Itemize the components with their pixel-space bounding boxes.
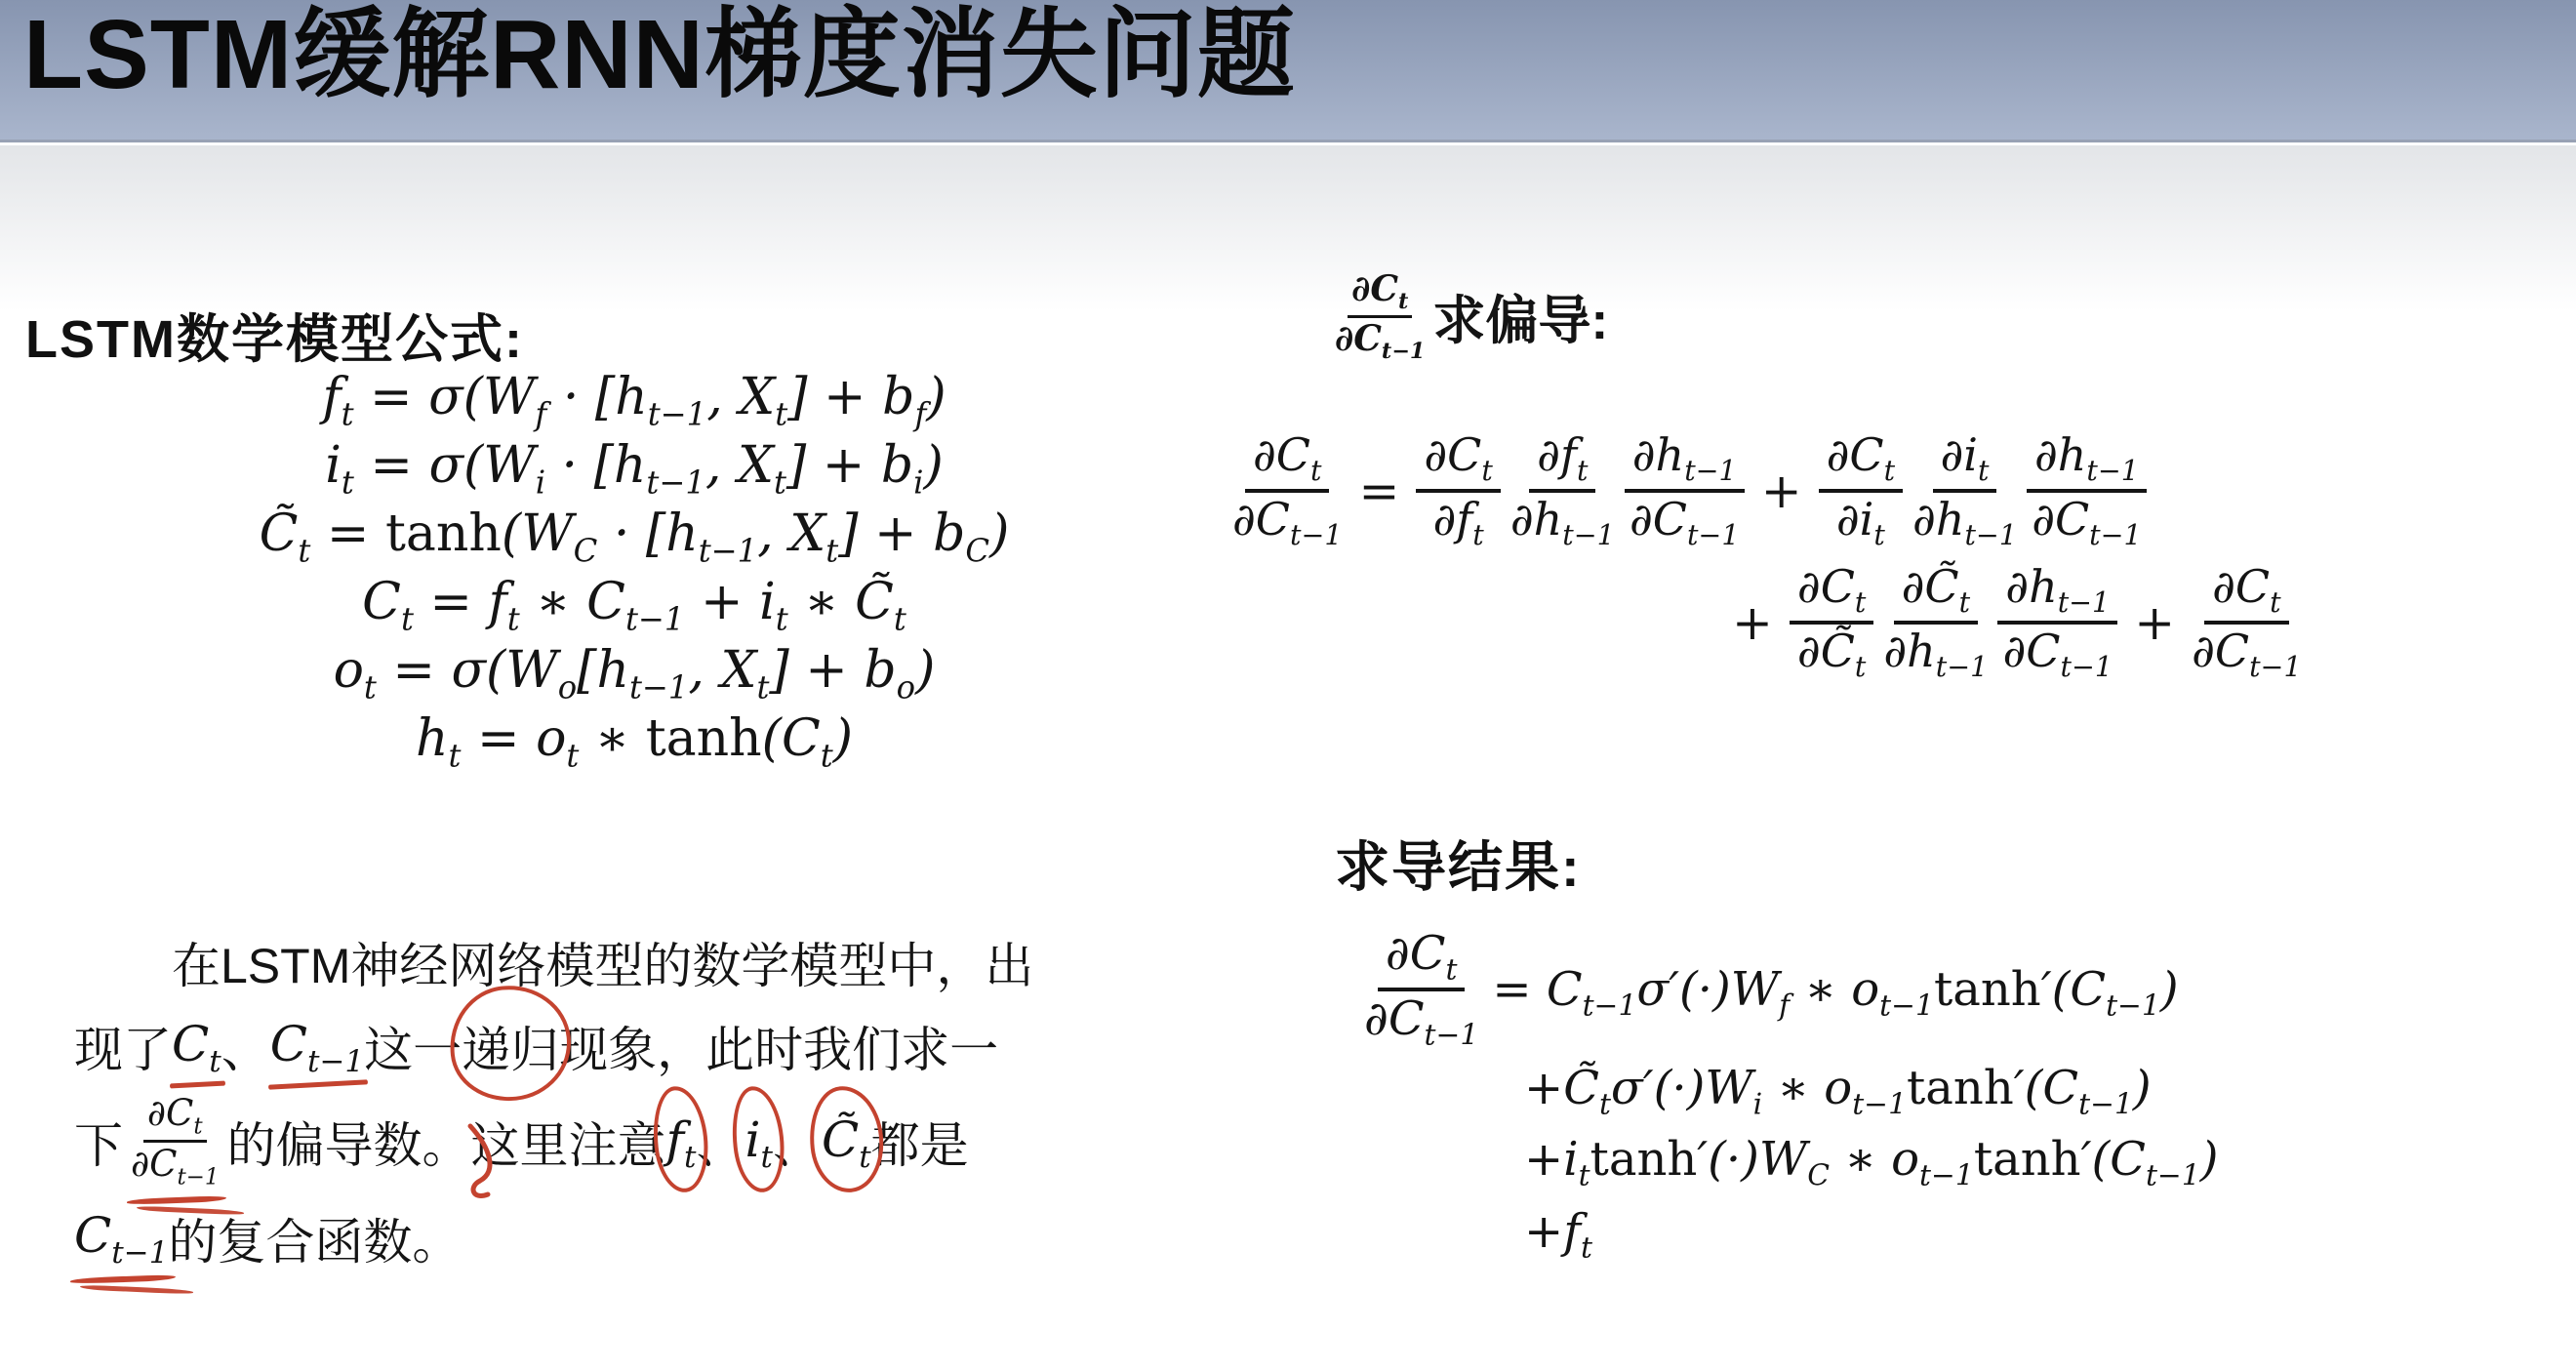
equation-line: ft = σ(Wf · [ht−1, Xt] + bf) (107, 363, 1161, 431)
math-run: = Ct−1σ′(·)Wf ∗ ot−1tanh′(Ct−1) (1492, 956, 2178, 1025)
equation-line: 下∂Ct∂Ct−1的偏导数。这里注意ft、it、C̃t都是 (74, 1095, 1196, 1190)
math-run: +ittanh′(·)WC ∗ ot−1tanh′(Ct−1) (1524, 1126, 2219, 1194)
text-run: 、 (221, 1011, 270, 1081)
fraction: ∂Ct∂Ct−1 (2192, 563, 2301, 681)
math-run: + (1732, 594, 1773, 651)
math-run: ht = ot ∗ tanh(Ct) (416, 709, 853, 768)
math-run: + (2134, 594, 2175, 651)
title-bar: LSTM缓解RNN梯度消失问题 (0, 0, 2576, 142)
fraction: ∂Ct∂Ct−1 (1335, 271, 1425, 362)
fraction: ∂Ct∂ft (1416, 431, 1500, 549)
partial-derivative-heading: ∂Ct∂Ct−1求偏导: (1335, 271, 1608, 362)
result-equation: ∂Ct∂Ct−1= Ct−1σ′(·)Wf ∗ ot−1tanh′(Ct−1)+… (1358, 929, 2219, 1267)
fraction: ∂ft∂ht−1 (1510, 431, 1615, 549)
math-run: it (745, 1111, 772, 1173)
text-run: 、 (773, 1107, 822, 1177)
math-run: ot = σ(Wo[ht−1, Xt] + bo) (334, 641, 936, 700)
text-run: 、 (696, 1107, 745, 1177)
text-run: 这一 (364, 1011, 462, 1081)
equation-line: ∂Ct∂Ct−1=∂Ct∂ft∂ft∂ht−1∂ht−1∂Ct−1+∂Ct∂it… (1228, 431, 2307, 549)
fraction: ∂Ct∂Ct−1 (131, 1095, 219, 1190)
fraction: ∂it∂ht−1 (1912, 431, 2017, 549)
explanation-paragraph: 在LSTM神经网络模型的数学模型中，出现了Ct、 Ct−1这一递归现象，此时我们… (74, 927, 1196, 1287)
text-run: 的偏导数。这里注意 (226, 1107, 665, 1177)
math-run: Ct−1 (270, 1016, 364, 1077)
equation-line: 现了Ct、 Ct−1这一递归现象，此时我们求一 (74, 1011, 1196, 1081)
text-run: 都是 (871, 1107, 969, 1177)
slide-title: LSTM缓解RNN梯度消失问题 (0, 0, 2576, 103)
chain-rule-equation: ∂Ct∂Ct−1=∂Ct∂ft∂ft∂ht−1∂ht−1∂Ct−1+∂Ct∂it… (1228, 431, 2307, 682)
text-run: 的复合函数。 (168, 1203, 461, 1273)
slide: LSTM缓解RNN梯度消失问题 LSTM数学模型公式: ft = σ(Wf · … (0, 0, 2576, 1372)
text-run: 下 (74, 1107, 123, 1177)
text-run: 在LSTM神经网络模型的数学模型中，出 (172, 927, 1033, 997)
fraction: ∂ht−1∂Ct−1 (2027, 431, 2147, 549)
red-annotation-stroke (461, 1122, 509, 1210)
lstm-formulas-heading: LSTM数学模型公式: (25, 298, 524, 373)
fraction: ∂ht−1∂Ct−1 (1997, 563, 2117, 681)
equation-line: Ct−1的复合函数。 (74, 1203, 1196, 1273)
equation-line: Ct = ft ∗ Ct−1 + it ∗ C̃t (107, 568, 1161, 636)
math-run: = (1358, 463, 1399, 519)
fraction: ∂Ct∂C̃t (1790, 563, 1873, 681)
text-run: 现象，此时我们求一 (559, 1011, 998, 1081)
text-run: 求偏导: (1432, 279, 1608, 354)
math-run: C̃t = tanh(WC · [ht−1, Xt] + bC) (260, 504, 1010, 563)
fraction: ∂Ct∂Ct−1 (1232, 431, 1342, 549)
equation-line: +∂Ct∂C̃t∂C̃t∂ht−1∂ht−1∂Ct−1+∂Ct∂Ct−1 (1720, 563, 2307, 681)
fraction: ∂Ct∂Ct−1 (1364, 929, 1478, 1051)
math-run: +ft (1524, 1198, 1592, 1267)
math-run: Ct = ft ∗ Ct−1 + it ∗ C̃t (362, 573, 906, 631)
fraction: ∂C̃t∂ht−1 (1883, 563, 1988, 681)
equation-line: +ittanh′(·)WC ∗ ot−1tanh′(Ct−1) (1524, 1126, 2219, 1194)
math-run: C̃t (822, 1111, 871, 1173)
math-run: + (1761, 463, 1802, 519)
equation-line: ht = ot ∗ tanh(Ct) (107, 705, 1161, 773)
equation-line: it = σ(Wi · [ht−1, Xt] + bi) (107, 431, 1161, 500)
header-gradient (0, 145, 2576, 311)
math-run: +C̃tσ′(·)Wi ∗ ot−1tanh′(Ct−1) (1524, 1055, 2152, 1123)
math-run: ft = σ(Wf · [ht−1, Xt] + bf) (322, 368, 946, 426)
lstm-formula-block: ft = σ(Wf · [ht−1, Xt] + bf)it = σ(Wi · … (107, 363, 1161, 773)
equation-line: 在LSTM神经网络模型的数学模型中，出 (74, 927, 1196, 997)
math-run: Ct−1 (74, 1207, 168, 1269)
equation-line: +ft (1524, 1198, 2219, 1267)
math-run: ft (665, 1111, 696, 1173)
math-run: it = σ(Wi · [ht−1, Xt] + bi) (325, 436, 944, 495)
text-run: 现了 (74, 1011, 172, 1081)
equation-line: ∂Ct∂Ct−1= Ct−1σ′(·)Wf ∗ ot−1tanh′(Ct−1) (1358, 929, 2219, 1051)
math-run: Ct (172, 1016, 221, 1077)
result-heading: 求导结果: (1335, 825, 1582, 903)
equation-line: ot = σ(Wo[ht−1, Xt] + bo) (107, 636, 1161, 705)
equation-line: C̃t = tanh(WC · [ht−1, Xt] + bC) (107, 500, 1161, 568)
equation-line: +C̃tσ′(·)Wi ∗ ot−1tanh′(Ct−1) (1524, 1055, 2219, 1123)
fraction: ∂Ct∂it (1819, 431, 1903, 549)
text-run: 递归 (462, 1011, 559, 1081)
fraction: ∂ht−1∂Ct−1 (1625, 431, 1745, 549)
